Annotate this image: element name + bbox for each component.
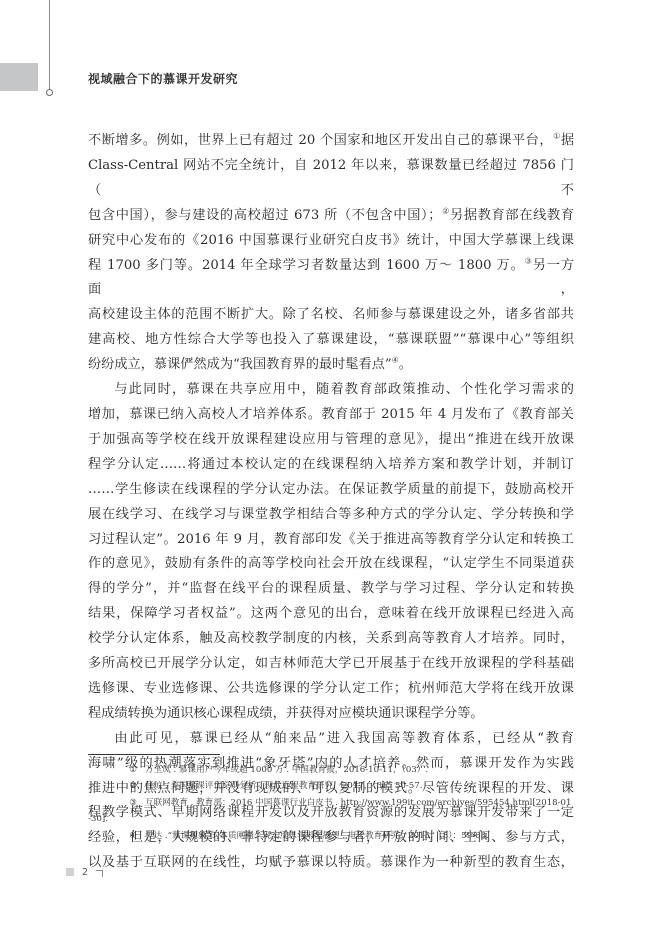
footnote-ref-4[interactable]: ④ xyxy=(392,356,399,365)
paragraph-line: 多所高校已开展学分认定，如吉林师范大学已开展基于在线开放课程的学科基础 xyxy=(88,652,574,677)
paragraph-line: 校学分认定体系，触及高校教学制度的内核，关系到高等教育人才培养。同时， xyxy=(88,627,574,652)
paragraph-line: 得的学分”，并“监督在线平台的课程质量、教学与学习过程、学分认定和转换 xyxy=(88,577,574,602)
footnote-number: ④ xyxy=(109,828,137,844)
footnote-ref-3[interactable]: ③ xyxy=(525,256,533,265)
footnote-number: ① xyxy=(109,762,137,778)
footnotes: ①万玉凤 . 慕课用户今年或超 1000 万 . 中国教育报，2016-10-1… xyxy=(88,762,574,844)
footnote-number: ② xyxy=(109,778,137,794)
paragraph-line: 由此可见，慕课已经从“舶来品”进入我国高等教育体系，已经从“教育 xyxy=(88,727,574,752)
footnote-text: 汪琼 . 美国慕课评优原则分析 . 现代远程教育研究，2017，（3）：50-5… xyxy=(145,781,422,791)
paragraph-line: 程 1700 多门等。2014 年全球学习者数量达到 1600 万～ 1800 … xyxy=(88,254,574,304)
footnote-number: ③ xyxy=(109,795,137,811)
paragraph-line: 研究中心发布的《2016 中国慕课行业研究白皮书》统计，中国大学慕课上线课 xyxy=(88,229,574,254)
footnote-separator xyxy=(88,754,220,755)
paragraph-line: 程学分认定……将通过本校认定的在线课程纳入培养方案和教学计划，并制订 xyxy=(88,453,574,478)
header-rule xyxy=(49,0,50,90)
footnote-ref-1[interactable]: ① xyxy=(553,132,561,141)
page-marker-square-icon xyxy=(66,868,74,876)
paragraph-line: ……学生修读在线课程的学分认定办法。在保证教学质量的前提下，鼓励高校开 xyxy=(88,478,574,503)
paragraph-line: 作的意见》，鼓励有条件的高等学校向社会开放在线课程，“认定学生不同渠道获 xyxy=(88,552,574,577)
footnote-ref-2[interactable]: ② xyxy=(441,206,450,215)
page-corner-bracket-icon xyxy=(96,870,103,877)
paragraph-line: 于加强高等学校在线开放课程建设应用与管理的意见》，提出“推进在线开放课 xyxy=(88,428,574,453)
footnote-text: 尹达 .“慕课现象”的本质阐释、现实反思与未来展望 . 电化教育研究，2015，… xyxy=(145,831,489,841)
header-rule-terminal-dot xyxy=(46,89,53,96)
paragraph-line: 以及基于互联网的在线性，均赋予慕课以特质。慕课作为一种新型的教育生态， xyxy=(88,851,574,876)
footnote-item: ②汪琼 . 美国慕课评优原则分析 . 现代远程教育研究，2017，（3）：50-… xyxy=(88,778,574,794)
paragraph-line: Class-Central 网站不完全统计，自 2012 年以来，慕课数量已经超… xyxy=(88,154,574,204)
paragraph-line: 不断增多。例如，世界上已有超过 20 个国家和地区开发出自己的慕课平台，①据 xyxy=(88,129,574,154)
running-title: 视域融合下的慕课开发研究 xyxy=(88,70,238,87)
header-tab-block xyxy=(0,63,38,91)
footnote-text: 互联网教育 . 教育部：2016 中国慕课行业白皮书 . http://www.… xyxy=(88,798,571,824)
paragraph-line: 增加，慕课已纳入高校人才培养体系。教育部于 2015 年 4 月发布了《教育部关 xyxy=(88,403,574,428)
paragraph-line: 程成绩转换为通识核心课程成绩，并获得对应模块通识课程学分等。 xyxy=(88,702,574,727)
paragraph-line: 包含中国），参与建设的高校超过 673 所（不包含中国）；②另据教育部在线教育 xyxy=(88,204,574,229)
footnote-item: ①万玉凤 . 慕课用户今年或超 1000 万 . 中国教育报，2016-10-1… xyxy=(88,762,574,778)
footnote-item: ④尹达 .“慕课现象”的本质阐释、现实反思与未来展望 . 电化教育研究，2015… xyxy=(88,828,574,844)
paragraph-line: 高校建设主体的范围不断扩大。除了名校、名师参与慕课建设之外，诸多省部共 xyxy=(88,303,574,328)
paragraph-line: 选修课、专业选修课、公共选修课的学分认定工作；杭州师范大学将在线开放课 xyxy=(88,677,574,702)
footnote-text: 万玉凤 . 慕课用户今年或超 1000 万 . 中国教育报，2016-10-11… xyxy=(145,765,428,775)
page-number: 2 xyxy=(82,867,88,878)
paragraph-line: 习过程认定”。2016 年 9 月，教育部印发《关于推进高等教育学分认定和转换工 xyxy=(88,528,574,553)
paragraph-line: 纷纷成立，慕课俨然成为“我国教育界的最时髦看点”④。 xyxy=(88,353,574,378)
paragraph-line: 结果，保障学习者权益”。这两个意见的出台，意味着在线开放课程已经进入高 xyxy=(88,602,574,627)
paragraph-line: 展在线学习、在线学习与课堂教学相结合等多种方式的学分认定、学分转换和学 xyxy=(88,503,574,528)
footnote-item: ③互联网教育 . 教育部：2016 中国慕课行业白皮书 . http://www… xyxy=(88,795,574,828)
paragraph-line: 与此同时，慕课在共享应用中，随着教育部政策推动、个性化学习需求的 xyxy=(88,378,574,403)
paragraph-line: 建高校、地方性综合大学等也投入了慕课建设，“慕课联盟”“慕课中心”等组织 xyxy=(88,328,574,353)
page-footer: 2 xyxy=(66,865,103,879)
